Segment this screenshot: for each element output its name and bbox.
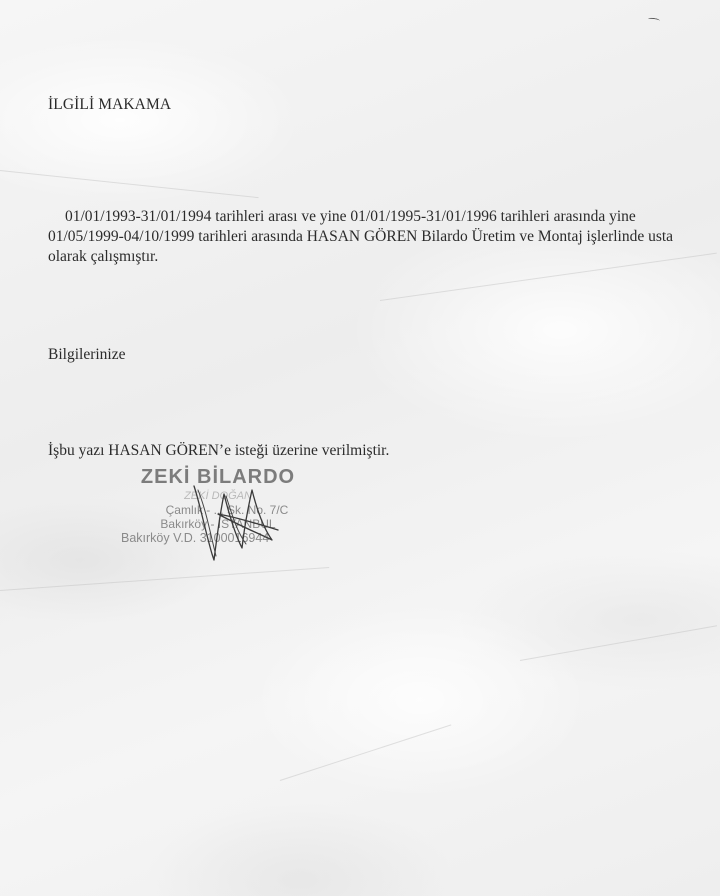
stamp-city: Bakırköy - İSTANBUL <box>118 517 318 531</box>
stamp-owner: ZEKİ DOĞAN <box>118 490 318 503</box>
letter-heading: İLGİLİ MAKAMA <box>48 95 171 115</box>
company-stamp: ZEKİ BİLARDO ZEKİ DOĞAN Çamlık - ... Sk.… <box>118 466 318 545</box>
letter-closing: Bilgilerinize <box>48 345 125 365</box>
letter-body-text: 01/01/1993-31/01/1994 tarihleri arası ve… <box>48 208 673 265</box>
stamp-tax-number: Bakırköy V.D. 3100016944 <box>121 531 318 545</box>
stamp-address: Çamlık - ... Sk. No. 7/C <box>136 503 318 517</box>
stamp-company-name: ZEKİ BİLARDO <box>118 466 318 488</box>
paper-crease <box>520 625 717 661</box>
paper-crease <box>280 724 451 781</box>
paper-crease <box>0 567 329 591</box>
letter-body: 01/01/1993-31/01/1994 tarihleri arası ve… <box>48 207 688 267</box>
letter-note: İşbu yazı HASAN GÖREN’e isteği üzerine v… <box>48 441 389 461</box>
paper-crease <box>0 170 259 198</box>
